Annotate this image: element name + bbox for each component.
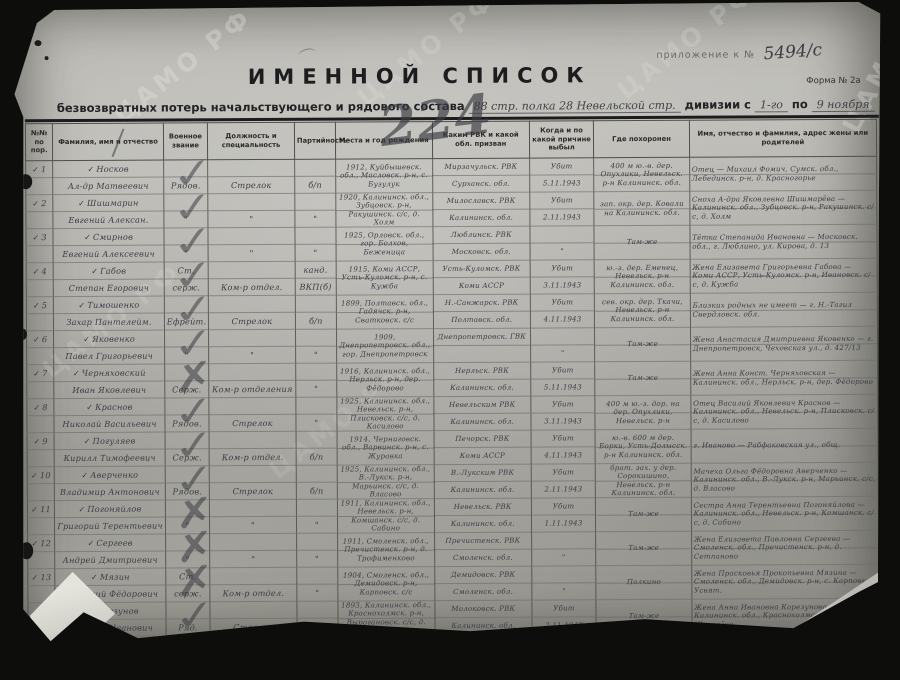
cell-fate-line1	[531, 566, 596, 583]
surname-handwritten: Краснов	[95, 402, 133, 412]
fate-word: Убит	[551, 161, 573, 170]
party-line2: б/п	[309, 316, 323, 326]
cell-fate-line2: 2.11.1943	[530, 209, 595, 226]
cell-fate-line2: 1.11.1943	[531, 515, 596, 532]
cell-row-number: ✓10	[27, 467, 54, 484]
cell-burial: Там-же	[596, 599, 691, 633]
cell-birth: 1920, Калининск. обл., Зубцовск. р-н, Ра…	[336, 193, 433, 228]
position-line2: Ком-р отдел.	[222, 452, 284, 462]
cell-fate-line1	[530, 328, 595, 345]
fate-word: Убит	[553, 467, 575, 476]
relatives-address: Жена Прасковья Прокопьевна Мязина — Смол…	[694, 568, 873, 594]
surname-handwritten: Сергеев	[96, 538, 132, 548]
cell-rank-line1: ✓	[165, 432, 209, 449]
cell-position-line2: Ком-р отдел.	[209, 448, 296, 465]
binding-hole	[17, 328, 27, 340]
party-line2: б/п	[308, 180, 322, 190]
fate-date: 3.11.1943	[543, 280, 581, 289]
row-number: 6	[42, 334, 47, 344]
cell-rank-line1: ✓	[165, 466, 209, 483]
fate-date: "	[560, 246, 564, 255]
cell-surname: ✓Носков	[53, 160, 164, 178]
pencil-stray-mark	[298, 47, 318, 61]
party-line2: б/п	[310, 452, 324, 462]
cell-relatives: Сестра Анна Терентьевна Погоняйлова — Ка…	[691, 496, 878, 531]
burial-place: ю.-в. 600 м дер. Борки, Усть-Долысск. р-…	[599, 433, 687, 459]
cell-relatives: Жена Анна Конст. Черняховская — Калининс…	[690, 360, 877, 395]
relatives-address: г. Иваново — Рабфаковская ул., общ.	[693, 440, 840, 450]
cell-rvk-line2: Калининск. обл.	[433, 379, 530, 397]
checkmark-icon: ✓	[33, 267, 40, 276]
cell-given-name: Павел Григорьевич	[54, 347, 165, 365]
cell-position-line1	[209, 465, 296, 482]
relatives-address: Сноха А-дра Яковлевна Шишмарёва — Калини…	[692, 194, 874, 220]
cell-rank-line1: Ст.✗	[166, 568, 210, 585]
rank-line2: Рядов.	[172, 486, 202, 496]
checkmark-icon: ✓	[84, 437, 91, 446]
cell-party-line1	[297, 601, 338, 618]
cell-rvk-line2: Калининск. обл.	[433, 209, 530, 227]
cell-row-number: ✓2	[26, 195, 53, 212]
cell-burial: Там-же	[596, 531, 691, 565]
cell-fate-line1: Убит	[530, 362, 595, 379]
cell-given-name: Евгений Алексан.	[53, 211, 164, 229]
position-line2: Ком-р отдел.	[223, 588, 285, 598]
position-line2: Стрелок	[233, 486, 274, 496]
cell-rvk-line1: Невельским РВК	[434, 396, 531, 414]
cell-burial: Там-же	[595, 361, 690, 395]
cell-birth: 1911, Калининск. обл., Невельск. р-н, Ко…	[337, 499, 434, 534]
position-line2: Стрелок	[233, 622, 274, 632]
given-name-handwritten: Евгений Алексеевич	[62, 249, 154, 259]
position-line2: Ком-р отделения	[212, 384, 293, 394]
cell-rvk-line2: Коми АССР	[433, 277, 530, 295]
cell-row-number: ✓4	[26, 263, 53, 280]
cell-row-number: ✓9	[27, 433, 54, 450]
rank-line2: "	[184, 214, 188, 224]
rvk-line2: Калининск. обл.	[451, 519, 515, 528]
cell-rvk-line2: Московск. обл.	[433, 243, 530, 261]
cell-burial: Там-же	[596, 497, 691, 531]
document-page: ЦАМО РФ ЦАМО РФ ЦАМО РФ ЦАМО РФ ЦАМО РФ …	[12, 2, 889, 659]
checkmark-icon: ✓	[32, 165, 39, 174]
checkmark-icon: ✓	[32, 199, 39, 208]
cell-empty	[26, 314, 53, 331]
cell-fate-line1: Убит	[530, 294, 595, 311]
cell-row-number: ✓11	[27, 501, 54, 518]
cell-rvk-line2: Смоленск. обл.	[435, 583, 532, 601]
cell-rvk-line1: Усть-Куломск. РВК	[433, 260, 530, 278]
party-line2: "	[315, 554, 319, 564]
relatives-address: Жена Анна Ивановна Корезунова — Калининс…	[694, 602, 848, 628]
cell-fate-line2: "	[531, 549, 596, 566]
rvk-line1: Н.-Санжарск. РВК	[445, 298, 518, 307]
cell-birth: 1925, Калининск. обл., Невельск. р-н, Пл…	[337, 397, 434, 432]
checkmark-icon: ✓	[78, 199, 85, 208]
cell-party-line1	[295, 193, 336, 210]
cell-party-line2: "	[296, 380, 337, 397]
cell-burial: ю.-з. дер. Еменец, Невельск. р-н Калинин…	[595, 259, 690, 293]
cell-row-number: ✓7	[27, 365, 54, 382]
checkmark-icon: ✓	[33, 301, 40, 310]
cell-position-line1	[208, 159, 295, 176]
position-line2: "	[249, 214, 253, 224]
cell-given-name: Ал-др Матвеевич	[53, 177, 164, 195]
cell-given-name: Николай Васильевич	[54, 415, 165, 433]
checkmark-icon: ✓	[33, 335, 40, 344]
cell-surname: ✓Смирнов	[53, 228, 164, 246]
given-name-handwritten: Ал-др Матвеевич	[68, 181, 149, 191]
burial-place: Там-же	[627, 237, 658, 246]
cell-fate-line1: Убит	[531, 498, 596, 515]
cell-burial: зап. окр. дер. Ковали на Калининск. обл.	[594, 191, 689, 225]
cell-position-line1	[210, 567, 297, 584]
cell-fate-line1: Убит	[529, 158, 594, 175]
cell-rvk-line2: Калининск. обл.	[435, 617, 532, 635]
rvk-line2: Смоленск. обл.	[453, 553, 513, 562]
cell-fate-line1: Убит	[530, 192, 595, 209]
annex-number-handwritten: 5494/с	[763, 40, 823, 64]
given-name-handwritten: Иван Яковлевич	[72, 385, 146, 395]
cell-row-number: ✓3	[26, 229, 53, 246]
cell-empty	[26, 246, 53, 263]
paper-speck	[45, 56, 49, 60]
fate-date: 5.11.1943	[544, 382, 582, 391]
given-name-handwritten: Евгений Алексан.	[68, 215, 148, 225]
rvk-line2: Сурханск. обл.	[452, 179, 510, 188]
cell-position-line2: "	[210, 550, 297, 567]
given-name-handwritten: Владимир Антонович	[60, 487, 160, 498]
cell-fate-line1: Убит	[530, 260, 595, 277]
cell-rvk-line1: Нерльск. РВК	[433, 362, 530, 380]
cell-fate-line2: 5.11.1943	[530, 379, 595, 396]
row-number: 5	[42, 300, 47, 310]
rvk-line1: Нерльск. РВК	[455, 366, 509, 375]
birth-place-year: 1914, Черниговск. обл., Варвинск. р-н, с…	[342, 435, 429, 460]
cell-empty	[27, 484, 54, 501]
cell-empty	[26, 280, 53, 297]
cell-fate-line1	[530, 226, 595, 243]
cell-rvk-line1: Люблинск. РВК	[433, 226, 530, 244]
cell-rank-line2: серж.	[166, 585, 210, 602]
header-col-burial: Где похоронен	[594, 120, 689, 157]
cell-rank-line1: ✗	[165, 364, 209, 381]
cell-relatives: Тётка Степанида Ивановна — Московск. обл…	[690, 224, 877, 259]
cell-burial: брат. зах. у дер. Сорокишино, Невельск. …	[596, 463, 691, 497]
cell-party-line2: "	[296, 414, 337, 431]
given-name-handwritten: Андрей Дмитриевич	[63, 555, 158, 565]
cell-fate-line2: 3.11.1943	[531, 413, 596, 430]
position-line2: Стрелок	[231, 180, 272, 190]
cell-position-line2: Стрелок	[210, 618, 297, 635]
cell-given-name: Андрей Дмитриевич	[55, 551, 166, 569]
cell-party-line2: "	[297, 550, 338, 567]
subtitle-date-from-handwritten: 1-го	[755, 98, 788, 112]
fate-date: 5.11.1943	[543, 178, 581, 187]
birth-place-year: 1904, Смоленск. обл., Демидовск. р-н, Ка…	[343, 570, 429, 596]
cell-party-line2: "	[295, 244, 336, 261]
rvk-line1: Милославск. РВК	[447, 196, 516, 205]
relatives-address: Отец — Михаил Фомич, Сумск. обл., Лебеди…	[692, 164, 839, 182]
fate-word: Убит	[552, 365, 574, 374]
row-number: 9	[42, 436, 47, 446]
burial-place: 400 м ю.-з. дор. на дер. Опухлики, Невел…	[606, 399, 680, 424]
cell-burial: 400 м ю.-в. дер. Опухлики, Невельск. р-н…	[594, 157, 689, 191]
cell-relatives: Близких родных не имеет — г. Н.-Тагил Св…	[690, 292, 877, 327]
surname-handwritten: Погоняйлов	[87, 504, 141, 514]
relatives-address: Тётка Степанида Ивановна — Московск. обл…	[692, 232, 858, 250]
position-line2: Ком-р отдел.	[221, 282, 283, 292]
rvk-line1: Печорск. РВК	[455, 434, 509, 443]
cell-birth: 1912, Куйбышевск. обл., Масловск. р-н, с…	[335, 159, 432, 194]
cell-surname: ✓Шишмарин	[53, 194, 164, 212]
rank-line2: Серж.	[172, 384, 201, 394]
subtitle-printed-po: по	[792, 97, 808, 111]
cell-position-line1	[209, 397, 296, 414]
burial-place: брат. зах. у дер. Сорокишино, Невельск. …	[610, 463, 676, 496]
rvk-line1: Усть-Куломск. РВК	[442, 264, 520, 273]
cell-position-line1	[209, 499, 296, 516]
cell-relatives: Жена Анастасия Дмитриевна Яковенко — г. …	[690, 326, 877, 361]
position-line2: Стрелок	[232, 316, 273, 326]
cell-position-line1	[209, 363, 296, 380]
cell-rank-line1: ✓	[164, 296, 208, 313]
cell-birth: 1904, Смоленск. обл., Демидовск. р-н, Ка…	[337, 567, 434, 602]
cell-rank-line1: ✗	[165, 534, 209, 551]
fate-date: "	[562, 586, 566, 595]
fate-word: Убит	[552, 297, 574, 306]
given-name-handwritten: Павел Григорьевич	[65, 351, 153, 361]
cell-rank-line2: "	[164, 211, 208, 228]
given-name-handwritten: Василий Иванович	[68, 623, 153, 633]
surname-handwritten: Тимошенко	[87, 300, 139, 310]
subtitle-printed-division: дивизии с	[685, 97, 751, 111]
checkmark-icon: ✓	[87, 165, 94, 174]
subtitle-unit-handwritten: 88 стр. полка 28 Невельской стр.	[469, 99, 681, 114]
cell-party-line1: канд.	[295, 261, 336, 278]
rank-line1: Ст.	[179, 571, 196, 581]
checkmark-icon: ✓	[91, 267, 98, 276]
cell-surname: ✓Погоняйлов	[55, 500, 166, 518]
cell-birth: 1911, Смоленск. обл., Пречистенск. р-н, …	[337, 533, 434, 568]
cell-position-line1	[208, 261, 295, 278]
cell-relatives: Сноха А-дра Яковлевна Шишмарёва — Калини…	[689, 190, 876, 225]
party-line2: "	[315, 622, 319, 632]
cell-relatives: Жена Елизавета Павловна Сергеева — Смоле…	[691, 530, 878, 565]
fate-word: Убит	[551, 263, 573, 272]
surname-handwritten: Яковенко	[92, 334, 135, 344]
cell-party-line1	[296, 533, 337, 550]
cell-rank-line2: Рядов.	[165, 483, 209, 500]
rank-line2: Ефрейт.	[167, 316, 207, 326]
party-line2: б/п	[310, 486, 324, 496]
rank-line2: "	[186, 554, 190, 564]
cell-rvk-line1: Пречистенск. РВК	[434, 532, 531, 550]
cell-given-name: Иван Яковлевич	[54, 381, 165, 399]
given-name-handwritten: Степан Егорович	[69, 283, 149, 293]
cell-position-line1	[209, 329, 296, 346]
relatives-address: Сестра Анна Терентьевна Погоняйлова — Ка…	[694, 500, 874, 526]
fate-word: Убит	[553, 603, 575, 612]
cell-rvk-line1: Мирзачульск. РВК	[432, 158, 529, 176]
burial-place: Там-же	[629, 611, 660, 620]
rank-line2: Серж.	[172, 452, 201, 462]
header-col-number: №№ по пор.	[25, 124, 52, 161]
cell-birth: 1915, Коми АССР, Усть-Куломск. р-н, с. К…	[336, 261, 433, 296]
checkmark-icon: ✓	[81, 471, 88, 480]
surname-handwritten: Носков	[96, 164, 129, 174]
cell-empty	[27, 348, 54, 365]
rank-line2: "	[184, 248, 188, 258]
cell-rank-line1: ✓	[163, 160, 207, 177]
checkmark-icon: ✓	[86, 403, 93, 412]
cell-rvk-line1: Н.-Санжарск. РВК	[433, 294, 530, 312]
relatives-address: Жена Елизавета Григорьевна Габова — Коми…	[692, 262, 870, 288]
cell-position-line2: Ком-р отдел.	[210, 584, 297, 601]
cell-party-line2: "	[296, 516, 337, 533]
cell-fate-line2: 2.11.1943	[531, 481, 596, 498]
cell-party-line1	[294, 159, 335, 176]
cell-fate-line2: "	[530, 243, 595, 260]
cell-position-line2: "	[209, 346, 296, 363]
given-name-handwritten: Николай Васильевич	[62, 419, 156, 429]
position-line2: "	[251, 520, 255, 530]
cell-rank-line2: серж.	[164, 279, 208, 296]
cell-empty	[27, 382, 54, 399]
cell-surname: ✓Краснов	[54, 398, 165, 416]
cell-party-line2: б/п	[295, 176, 336, 193]
annex-note: приложение к № 5494/с	[656, 42, 822, 63]
given-name-handwritten: Кирилл Тимофеевич	[64, 453, 156, 463]
birth-place-year: 1920, Калининск. обл., Зубцовск. р-н, Ра…	[339, 193, 429, 226]
cell-birth: 1909, Днепропетровск. обл., гор. Днепроп…	[336, 329, 433, 364]
cell-fate-line2: "	[532, 583, 597, 600]
party-line2: "	[314, 418, 318, 428]
row-number: 8	[42, 402, 47, 412]
rvk-line2: Коми АССР	[460, 451, 505, 460]
burial-place: Там-же	[627, 373, 658, 382]
rank-line2: "	[185, 350, 189, 360]
cell-burial: ю.-в. 600 м дер. Борки, Усть-Долысск. р-…	[595, 429, 690, 463]
party-line2: "	[314, 384, 318, 394]
fate-date: 1.11.1943	[545, 518, 583, 527]
cell-given-name: Григорий Терентьевич	[55, 517, 166, 535]
fate-word: Убит	[552, 399, 574, 408]
cell-fate-line1: Убит	[531, 430, 596, 447]
cell-position-line1	[210, 601, 297, 618]
cell-party-line1	[296, 363, 337, 380]
cell-empty	[27, 416, 54, 433]
birth-place-year: 1925, Калининск. обл., Невельск. р-н, Пл…	[340, 397, 430, 430]
birth-place-year: 1899, Полтавск. обл., Гадячск. р-н, Сват…	[341, 298, 428, 324]
cell-party-line1	[296, 499, 337, 516]
cell-rank-line1: ✓	[164, 194, 208, 211]
surname-handwritten: Аверченко	[90, 470, 138, 480]
cell-position-line2: Ком-р отдел.	[208, 278, 295, 295]
party-line2: "	[315, 588, 319, 598]
cell-burial: Там-же	[595, 327, 690, 361]
rvk-line1: Днепропетровск. ГВК	[438, 332, 526, 341]
row-number: 4	[42, 266, 47, 276]
given-name-handwritten: Захар Пантелейм.	[66, 317, 151, 327]
cell-relatives: Отец Василий Яковлевич Краснов — Калинин…	[691, 394, 878, 429]
cell-fate-line2: 4.11.1943	[530, 311, 595, 328]
cell-rank-line2: Серж.	[165, 449, 209, 466]
cell-rvk-line2: Калининск. обл.	[434, 515, 531, 533]
header-col-party: Партийность	[294, 122, 335, 159]
fate-date: 2.11.1943	[543, 212, 581, 221]
rvk-line1: Демидовск. РВК	[451, 570, 515, 579]
cell-rvk-line1: Демидовск. РВК	[434, 566, 531, 584]
position-line2: Стрелок	[232, 418, 273, 428]
checkmark-icon: ✓	[32, 573, 39, 582]
cell-rvk-line2	[433, 345, 530, 363]
surname-handwritten: Черняховский	[82, 368, 146, 378]
cell-given-name: Степан Егорович	[53, 279, 164, 297]
rank-line2: "	[185, 520, 189, 530]
position-line2: "	[250, 248, 254, 258]
cell-fate-line2: 2.11.1943	[532, 617, 597, 634]
rvk-line2: Калининск. обл.	[450, 417, 514, 426]
birth-place-year: 1925, Калининск. обл., В.-Лукск. р-н, Ма…	[340, 465, 430, 498]
cell-party-line1	[295, 329, 336, 346]
birth-place-year: 1911, Смоленск. обл., Пречистенск. р-н, …	[343, 536, 429, 562]
position-line2: "	[251, 554, 255, 564]
burial-place: 400 м ю.-в. дер. Опухлики, Невельск. р-н…	[601, 161, 683, 187]
rank-line2: серж.	[174, 588, 202, 598]
header-col-fate: Когда и по какой причине выбыл	[529, 121, 594, 158]
cell-burial: сев. окр. дер. Ткачи, Невельск. р-н Кали…	[595, 293, 690, 327]
birth-place-year: 1911, Калининск. обл., Невельск. р-н, Ко…	[341, 499, 431, 532]
rvk-line2: Смоленск. обл.	[453, 587, 513, 596]
rvk-line1: В.-Лукским РВК	[451, 468, 514, 477]
cell-fate-line2: 4.11.1943	[531, 447, 596, 464]
relatives-address: Жена Анастасия Дмитриевна Яковенко — г. …	[693, 334, 874, 352]
cell-rank-line2: Ряд.	[166, 619, 210, 636]
document-title: ИМЕННОЙ СПИСОК	[13, 62, 827, 90]
burial-place: Палкино	[627, 577, 661, 586]
fate-date: 4.11.1943	[544, 450, 582, 459]
checkmark-icon: ✓	[32, 233, 39, 242]
header-col-relatives: Имя, отчество и фамилия, адрес жены или …	[689, 119, 876, 157]
surname-handwritten: Смирнов	[93, 232, 133, 242]
relatives-address: Жена Анна Конст. Черняховская — Калининс…	[693, 368, 873, 386]
cell-birth: 1916, Калининск. обл., Нерльск. р-н, дер…	[336, 363, 433, 398]
rank-line2: Ряд.	[178, 622, 198, 632]
row-number: 1	[41, 164, 46, 174]
cell-party-line2: б/п	[296, 448, 337, 465]
cell-fate-line1: Убит	[531, 396, 596, 413]
header-col-position: Должность и специальность	[208, 122, 295, 159]
cell-party-line2: б/п	[295, 312, 336, 329]
rank-line2: Рядов.	[172, 418, 202, 428]
rvk-line1: Мирзачульск. РВК	[444, 162, 517, 171]
cell-rank-line2: "	[164, 245, 208, 262]
cell-position-line2: "	[210, 516, 297, 533]
cell-party-line2: "	[297, 618, 338, 635]
cell-birth: 1925, Орловск. обл., гор. Болхов, Бежени…	[336, 227, 433, 262]
cell-rank-line1: ✓	[165, 398, 209, 415]
burial-place: сев. окр. дер. Ткачи, Невельск. р-н Кали…	[602, 297, 683, 323]
cell-relatives: г. Иваново — Рабфаковская ул., общ.	[691, 428, 878, 463]
cell-rank-line1: ✗	[165, 500, 209, 517]
subtitle-year-prefix: 19	[878, 97, 894, 111]
cell-rvk-line1: Печорск. РВК	[434, 430, 531, 448]
cell-row-number: ✓13	[28, 569, 55, 586]
cell-rvk-line2: Калининск. обл.	[434, 413, 531, 431]
cell-birth: 1925, Калининск. обл., В.-Лукск. р-н, Ма…	[337, 465, 434, 500]
cell-rank-line2: "	[165, 551, 209, 568]
